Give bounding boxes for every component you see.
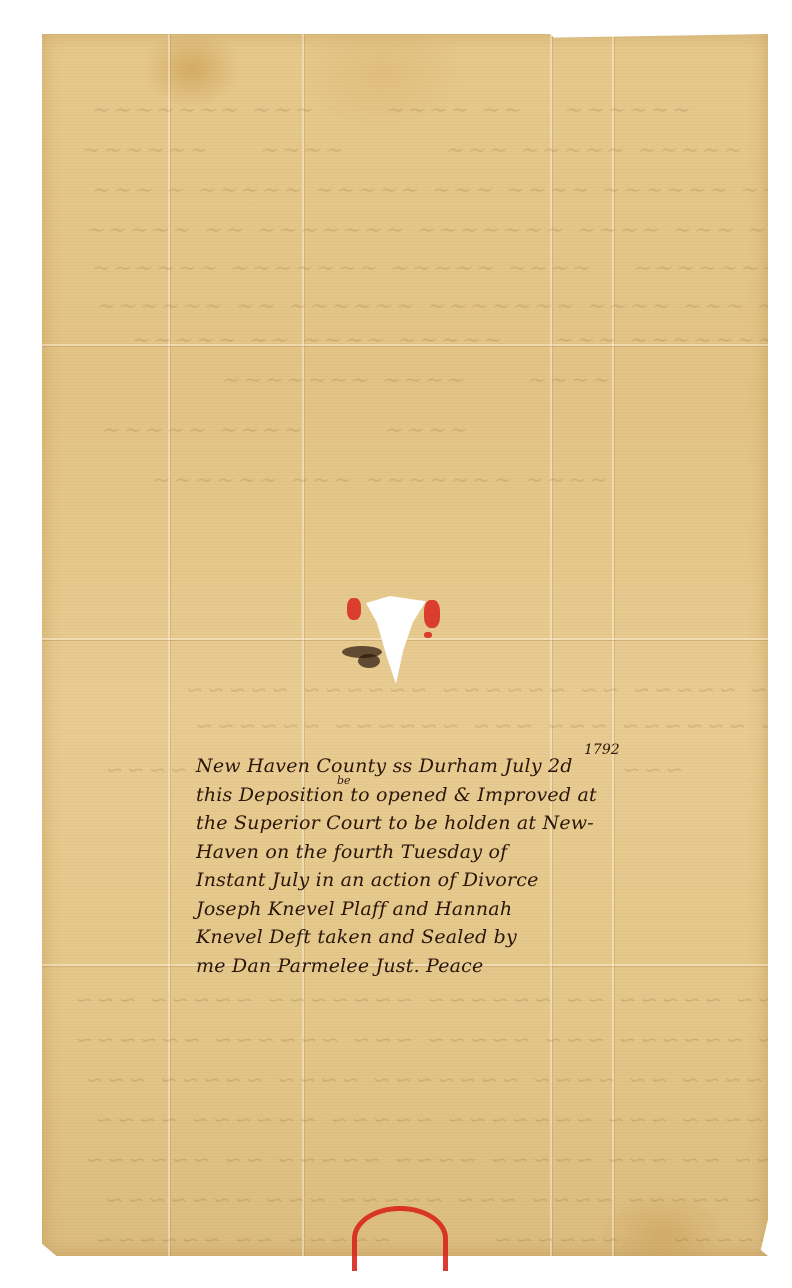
bleed-through-text: ~~~~~~ ~~~ ~~~~~~~ ~~~~ — [146, 464, 616, 498]
bleed-through-text: ~~~~~ ~~~~~~ ~~ ~~~~ ~~~~~~~ ~~~~ ~~~~~ … — [76, 1064, 792, 1098]
endorsement-line: Knevel Deft taken and Sealed by — [196, 923, 626, 952]
bleed-through-text: ~~~~~ ~~~~ ~~~~~ ~~ ~~~~~~ ~~~~~~~ ~~~~~… — [66, 984, 792, 1018]
bleed-through-text: ~~~~~~~ ~~~~~ ~~ ~~~~~~ ~~~~~~ ~~~~~ — [176, 674, 792, 708]
bleed-through-text: ~~~~~~~ ~~~~ ~~~~ — [216, 364, 619, 398]
bleed-through-text: ~~~ ~ ~~~~~ ~~~~~ ~~~ ~~~~ ~~~~~~ ~~ ~~ — [86, 174, 792, 208]
bleed-through-text: ~~~~ ~~~~~~ ~~~ ~~~ ~~~~~~ ~~~~~~ — [186, 710, 792, 744]
wax-seal-fragment — [424, 600, 440, 628]
bleed-through-text: ~~~~~~~ ~~~ ~~~~ ~~ ~~~~~~ — [86, 94, 699, 128]
wax-seal — [352, 1206, 448, 1271]
ink-smudge — [358, 654, 380, 668]
signature-line: me Dan Parmelee Just. Peace — [196, 952, 626, 981]
bleed-through-text: ~~~~~ ~~~~ ~~~~ — [96, 414, 476, 448]
bleed-through-text: ~~~ ~~ ~~~~ ~~~ ~~~~~~~ ~~~~~ ~~~~~~ ~~~… — [86, 1104, 792, 1138]
bleed-through-text: ~~~~~ ~~ ~~~~ ~~~~~ ~~~ ~~~~~~~ — [126, 324, 784, 358]
endorsement-line: Instant July in an action of Divorce — [196, 866, 626, 895]
bleed-through-text: ~~~~~~ ~~~~~~~ ~~~~~ ~~~~ ~~~~~~~~~~ — [86, 252, 792, 286]
wax-seal-fragment — [424, 632, 432, 638]
endorsement-text: New Haven County ss Durham July 2d this … — [196, 752, 626, 980]
bleed-through-text: ~~~~~ ~~ ~~~~~~~ ~~~~~~~ ~~~~ ~~~ ~ ~ — [81, 214, 792, 248]
bleed-through-text: ~~~~ ~~~~~ ~~~~ ~~~ ~~~~~ ~~~ ~~~~~~~ — [96, 1184, 792, 1218]
endorsement-line: Haven on the fourth Tuesday of — [196, 838, 626, 867]
wax-seal-fragment — [347, 598, 361, 620]
bleed-through-text: ~~~~~~ ~~ ~~~ ~~~~~ ~~~~ ~~~~~ ~~ ~~~~~~ — [76, 1144, 792, 1178]
endorsement-line: New Haven County ss Durham July 2d — [196, 752, 626, 781]
endorsement-line: Joseph Knevel Plaff and Hannah — [196, 895, 626, 924]
bleed-through-text: ~~~~~~ ~~~~ ~~~ ~~~~~ ~~~~~ — [76, 134, 750, 168]
endorsement-line: this Deposition to opened & Improved at — [196, 781, 626, 810]
bleed-through-text: ~~~~~~ ~~ ~~~~~~ ~~~~~~~ ~~~~ ~~~ ~~~~~~… — [91, 290, 792, 324]
bleed-through-text: ~~~~~~ ~~~~~~ ~~~ ~~~~~ ~~~ ~~~~~~ ~~~~~… — [66, 1024, 792, 1058]
endorsement-line: the Superior Court to be holden at New- — [196, 809, 626, 838]
